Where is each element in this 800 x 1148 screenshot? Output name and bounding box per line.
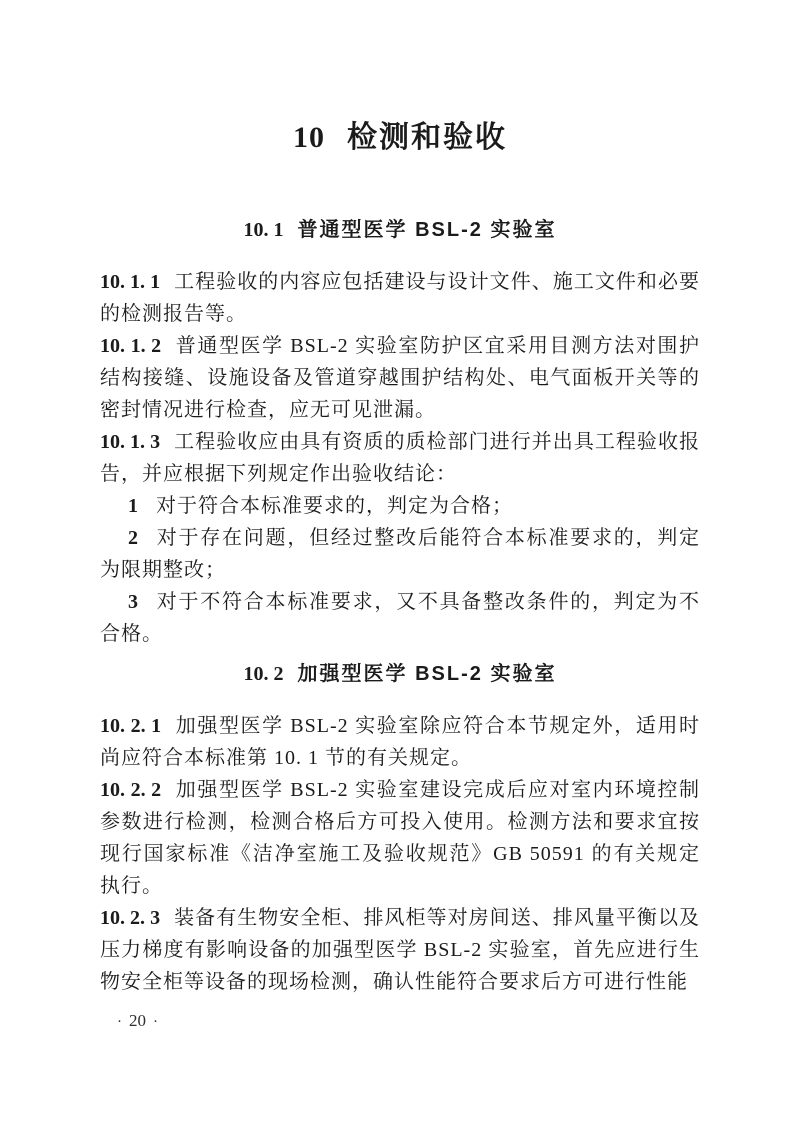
clause-paragraph: 10. 2. 1加强型医学 BSL-2 实验室除应符合本节规定外，适用时尚应符合…	[100, 710, 700, 774]
list-item: 2对于存在问题，但经过整改后能符合本标准要求的，判定为限期整改；	[100, 522, 700, 586]
section-heading: 10. 2加强型医学 BSL-2 实验室	[100, 660, 700, 688]
section-heading: 10. 1普通型医学 BSL-2 实验室	[100, 216, 700, 244]
section-title-text: 加强型医学 BSL-2 实验室	[298, 663, 557, 685]
section-number: 10. 1	[244, 219, 284, 241]
clause-number: 10. 2. 2	[100, 779, 161, 801]
clause-paragraph: 10. 1. 3工程验收应由具有资质的质检部门进行并出具工程验收报告，并应根据下…	[100, 426, 700, 490]
clause-paragraph: 10. 1. 1工程验收的内容应包括建设与设计文件、施工文件和必要的检测报告等。	[100, 266, 700, 330]
list-item-text: 对于存在问题，但经过整改后能符合本标准要求的，判定为限期整改；	[100, 527, 700, 581]
clause-text: 工程验收的内容应包括建设与设计文件、施工文件和必要的检测报告等。	[100, 271, 700, 325]
page-footer: ·20·	[110, 1010, 700, 1033]
document-page: 10检测和验收 10. 1普通型医学 BSL-2 实验室 10. 1. 1工程验…	[0, 0, 800, 1148]
clause-number: 10. 2. 3	[100, 907, 160, 929]
section-title-text: 普通型医学 BSL-2 实验室	[298, 219, 557, 241]
chapter-heading: 10检测和验收	[100, 118, 700, 158]
list-item-number: 3	[128, 591, 139, 613]
clause-text: 普通型医学 BSL-2 实验室防护区宜采用目测方法对围护结构接缝、设施设备及管道…	[100, 335, 700, 421]
clause-text: 加强型医学 BSL-2 实验室建设完成后应对室内环境控制参数进行检测，检测合格后…	[100, 779, 700, 897]
clause-paragraph: 10. 1. 2普通型医学 BSL-2 实验室防护区宜采用目测方法对围护结构接缝…	[100, 330, 700, 426]
clause-text: 装备有生物安全柜、排风柜等对房间送、排风量平衡以及压力梯度有影响设备的加强型医学…	[100, 907, 700, 993]
clause-number: 10. 1. 1	[100, 271, 160, 293]
clause-text: 加强型医学 BSL-2 实验室除应符合本节规定外，适用时尚应符合本标准第 10.…	[100, 715, 700, 769]
list-item: 3对于不符合本标准要求，又不具备整改条件的，判定为不合格。	[100, 586, 700, 650]
clause-paragraph: 10. 2. 3装备有生物安全柜、排风柜等对房间送、排风量平衡以及压力梯度有影响…	[100, 902, 700, 998]
clause-text: 工程验收应由具有资质的质检部门进行并出具工程验收报告，并应根据下列规定作出验收结…	[100, 431, 700, 485]
chapter-number: 10	[293, 121, 325, 154]
footer-left-dot: ·	[117, 1014, 122, 1030]
list-item-number: 1	[128, 495, 139, 517]
section-10-2: 10. 2加强型医学 BSL-2 实验室 10. 2. 1加强型医学 BSL-2…	[100, 660, 700, 998]
clause-number: 10. 1. 3	[100, 431, 160, 453]
page-number: 20	[129, 1011, 146, 1030]
list-item-text: 对于符合本标准要求的，判定为合格；	[156, 495, 513, 517]
list-item: 1对于符合本标准要求的，判定为合格；	[100, 490, 700, 522]
section-number: 10. 2	[244, 663, 284, 685]
list-item-number: 2	[128, 527, 139, 549]
chapter-title-text: 检测和验收	[347, 121, 507, 154]
clause-paragraph: 10. 2. 2加强型医学 BSL-2 实验室建设完成后应对室内环境控制参数进行…	[100, 774, 700, 902]
clause-number: 10. 1. 2	[100, 335, 161, 357]
clause-number: 10. 2. 1	[100, 715, 161, 737]
section-10-1: 10. 1普通型医学 BSL-2 实验室 10. 1. 1工程验收的内容应包括建…	[100, 216, 700, 650]
footer-right-dot: ·	[153, 1014, 158, 1030]
list-item-text: 对于不符合本标准要求，又不具备整改条件的，判定为不合格。	[100, 591, 700, 645]
